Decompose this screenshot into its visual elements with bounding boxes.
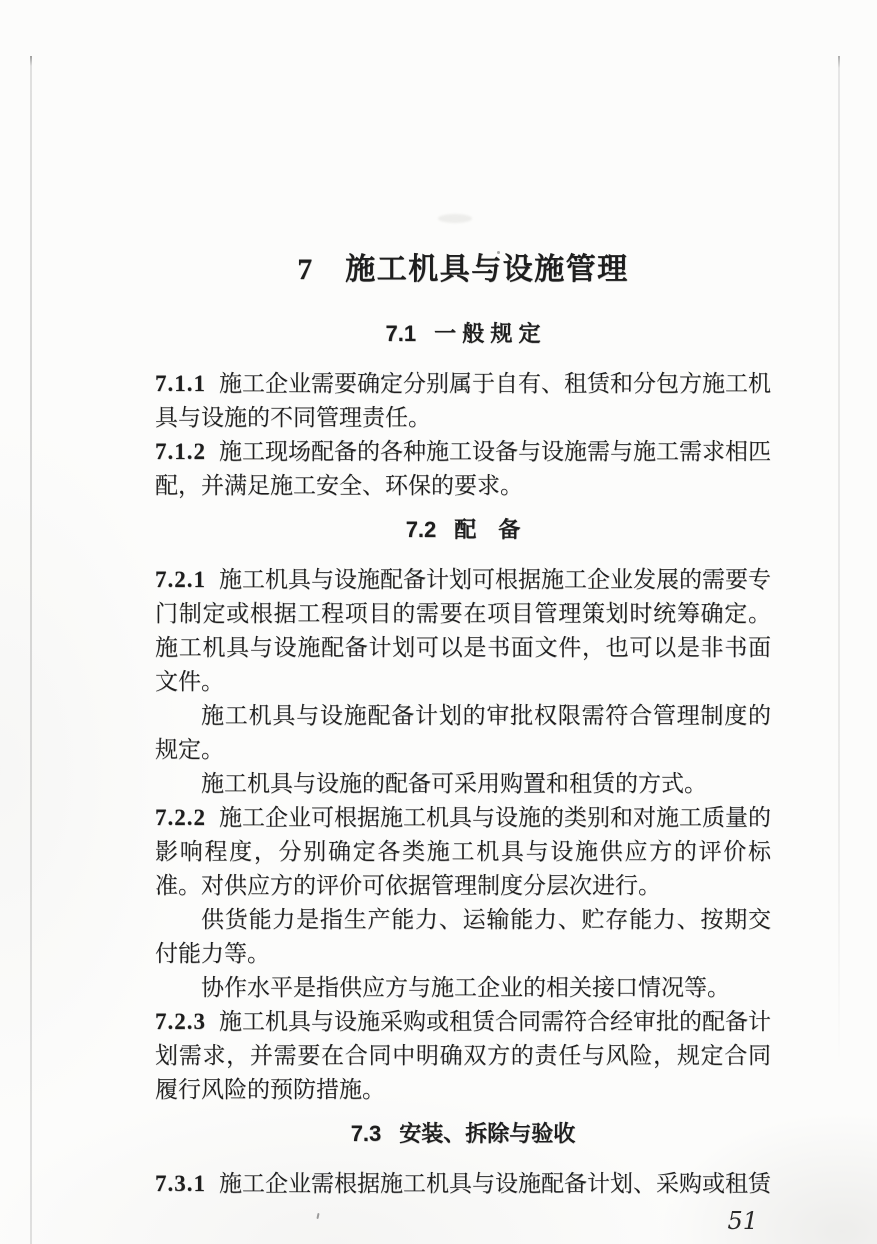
clause-text: 施工现场配备的各种施工设备与设施需与施工需求相匹配，并满足施工安全、环保的要求。 <box>155 439 771 498</box>
clause-text: 施工机具与设施配备计划的审批权限需符合管理制度的规定。 <box>155 703 771 762</box>
clause-text: 施工企业需要确定分别属于自有、租赁和分包方施工机具与设施的不同管理责任。 <box>155 371 771 430</box>
section-heading: 7.3安装、拆除与验收 <box>155 1114 771 1154</box>
clause-paragraph: 协作水平是指供应方与施工企业的相关接口情况等。 <box>155 971 771 1005</box>
page-content: 7施工机具与设施管理 7.1一 般 规 定 7.1.1施工企业需要确定分别属于自… <box>155 0 771 1235</box>
section-heading-text: 安装、拆除与验收 <box>399 1121 575 1146</box>
clause-paragraph: 施工机具与设施配备计划的审批权限需符合管理制度的规定。 <box>155 699 771 767</box>
clause-paragraph: 7.2.1施工机具与设施配备计划可根据施工企业发展的需要专门制定或根据工程项目的… <box>155 563 771 699</box>
section-heading-text: 一 般 规 定 <box>434 321 540 346</box>
chapter-title: 7施工机具与设施管理 <box>155 248 771 292</box>
left-page-edge-scan-line <box>30 56 32 1244</box>
chapter-number: 7 <box>297 253 312 286</box>
clause-paragraph: 施工机具与设施的配备可采用购置和租赁的方式。 <box>155 767 771 801</box>
clause-number: 7.2.2 <box>155 805 219 830</box>
clause-paragraph: 7.3.1施工企业需根据施工机具与设施配备计划、采购或租赁 <box>155 1167 771 1201</box>
section-heading: 7.1一 般 规 定 <box>155 314 771 354</box>
clause-paragraph: 7.2.2施工企业可根据施工机具与设施的类别和对施工质量的影响程度，分别确定各类… <box>155 801 771 903</box>
clause-text: 施工企业需根据施工机具与设施配备计划、采购或租赁 <box>219 1171 771 1196</box>
page-number: 51 <box>155 1207 758 1235</box>
right-page-edge-scan-line <box>838 56 840 1066</box>
clause-text: 施工机具与设施采购或租赁合同需符合经审批的配备计划需求，并需要在合同中明确双方的… <box>155 1009 771 1102</box>
clause-paragraph: 供货能力是指生产能力、运输能力、贮存能力、按期交付能力等。 <box>155 903 771 971</box>
section-7-3: 7.3安装、拆除与验收 7.3.1施工企业需根据施工机具与设施配备计划、采购或租… <box>155 1114 771 1201</box>
clause-text: 施工机具与设施的配备可采用购置和租赁的方式。 <box>201 771 707 796</box>
clause-paragraph: 7.2.3施工机具与设施采购或租赁合同需符合经审批的配备计划需求，并需要在合同中… <box>155 1005 771 1107</box>
clause-text: 施工企业可根据施工机具与设施的类别和对施工质量的影响程度，分别确定各类施工机具与… <box>155 805 771 898</box>
section-heading-text: 配 备 <box>454 517 520 542</box>
section-7-2: 7.2配 备 7.2.1施工机具与设施配备计划可根据施工企业发展的需要专门制定或… <box>155 510 771 1107</box>
chapter-title-text: 施工机具与设施管理 <box>345 253 629 286</box>
clause-text: 施工机具与设施配备计划可根据施工企业发展的需要专门制定或根据工程项目的需要在项目… <box>155 567 771 694</box>
scanned-document-page: { "page": { "background_color": "#fcfcfb… <box>0 0 877 1244</box>
clause-number: 7.1.2 <box>155 439 219 464</box>
section-heading-number: 7.2 <box>406 517 437 542</box>
clause-number: 7.1.1 <box>155 371 219 396</box>
section-7-1: 7.1一 般 规 定 7.1.1施工企业需要确定分别属于自有、租赁和分包方施工机… <box>155 314 771 503</box>
clause-paragraph: 7.1.2施工现场配备的各种施工设备与设施需与施工需求相匹配，并满足施工安全、环… <box>155 435 771 503</box>
clause-number: 7.2.1 <box>155 567 219 592</box>
clause-number: 7.3.1 <box>155 1171 219 1196</box>
clause-text: 协作水平是指供应方与施工企业的相关接口情况等。 <box>201 975 730 1000</box>
clause-number: 7.2.3 <box>155 1009 219 1034</box>
clause-text: 供货能力是指生产能力、运输能力、贮存能力、按期交付能力等。 <box>155 907 771 966</box>
section-heading: 7.2配 备 <box>155 510 771 550</box>
clause-paragraph: 7.1.1施工企业需要确定分别属于自有、租赁和分包方施工机具与设施的不同管理责任… <box>155 367 771 435</box>
section-heading-number: 7.1 <box>386 321 417 346</box>
section-heading-number: 7.3 <box>351 1121 382 1146</box>
